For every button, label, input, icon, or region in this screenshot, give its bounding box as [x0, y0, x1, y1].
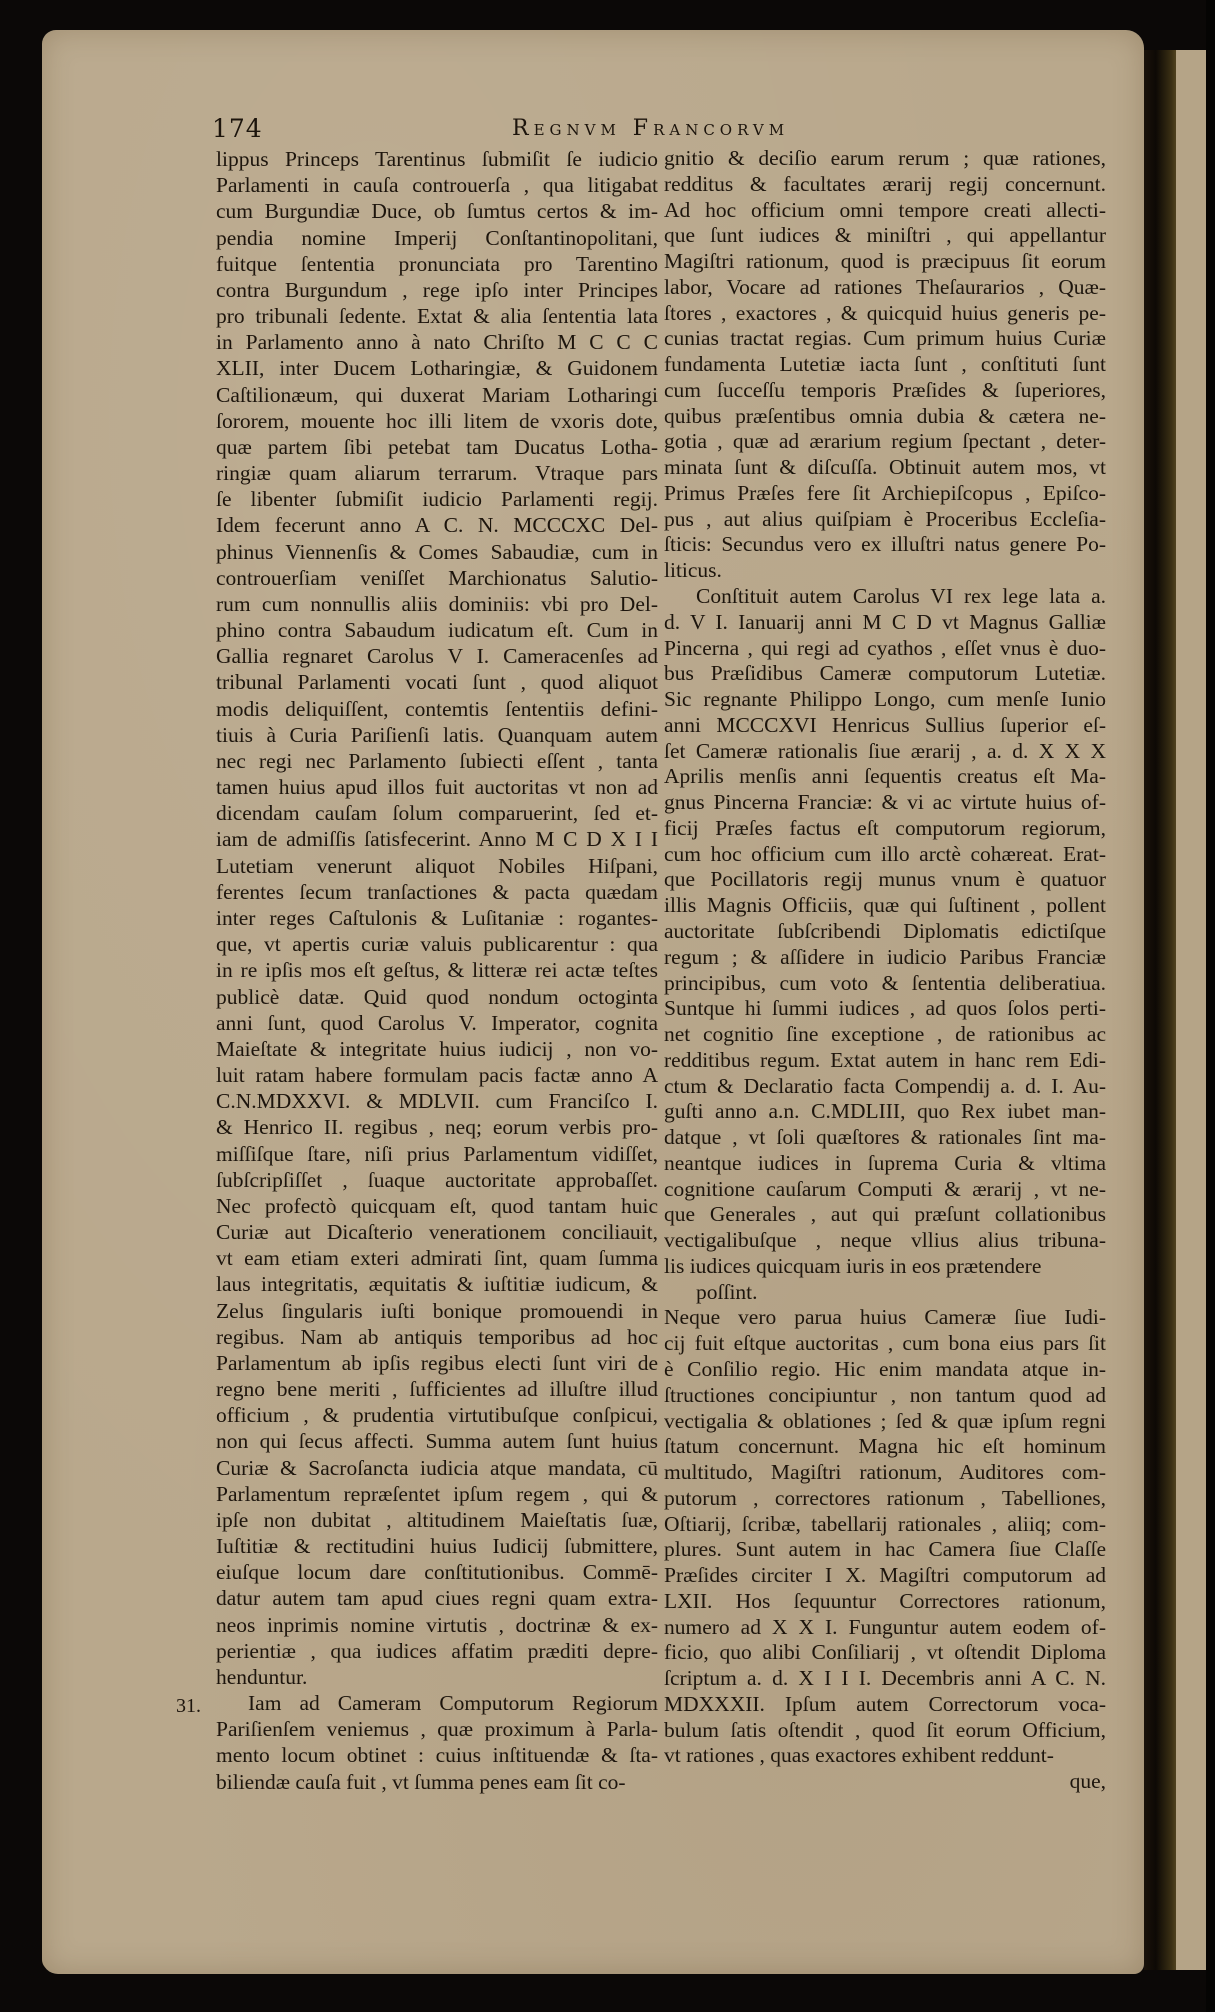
text-line: iam de admiſſis ſatisfecerint. Anno M C … — [216, 826, 658, 852]
text-line: d. V I. Ianuarij anni M C D vt Magnus Ga… — [664, 610, 1106, 636]
text-line: auctoritate ſubſcribendi Diplomatis edic… — [664, 919, 1106, 945]
text-line: Maieſtate & integritate huius iudicij , … — [216, 1036, 658, 1062]
text-line: laus integritatis, æquitatis & iuſtitiæ … — [216, 1271, 658, 1297]
text-line: pus , aut alius quiſpiam è Proceribus Ec… — [664, 507, 1106, 533]
text-line: in Parlamento anno à nato Chriſto M C C … — [216, 329, 658, 355]
text-line: gnus Pincerna Franciæ: & vi ac virtute h… — [664, 790, 1106, 816]
text-line: cognitione cauſarum Computi & ærarij , v… — [664, 1177, 1106, 1203]
text-line: ſtructiones concipiuntur , non tantum qu… — [664, 1383, 1106, 1409]
text-line: miſſiſque ſtare, niſi prius Parlamentum … — [216, 1141, 658, 1167]
text-line: Gallia regnaret Carolus V I. Cameracenſe… — [216, 643, 658, 669]
text-line: modis deliquiſſent, contemtis ſententiis… — [216, 696, 658, 722]
text-line: Iam ad Cameram Computorum Regiorum — [216, 1690, 658, 1716]
text-line: bulum ſatis oſtendit , quod ſit eorum Of… — [664, 1718, 1106, 1744]
text-line: Suntque hi ſummi iudices , ad quos ſolos… — [664, 996, 1106, 1022]
text-line: neos inprimis nomine virtutis , doctrinæ… — [216, 1612, 658, 1638]
text-line: principibus, cum voto & ſententia delibe… — [664, 971, 1106, 997]
text-line: ctum & Declaratio facta Compendij a. d. … — [664, 1074, 1106, 1100]
text-line: Ad hoc officium omni tempore creati alle… — [664, 198, 1106, 224]
text-line: è Conſilio regio. Hic enim mandata atque… — [664, 1357, 1106, 1383]
text-line: phinus Viennenſis & Comes Sabaudiæ, cum … — [216, 539, 658, 565]
book-spread: 174 Regnvm Francorvm lippus Princeps Tar… — [0, 0, 1215, 2012]
text-line: biliendæ cauſa fuit , vt ſumma penes eam… — [216, 1769, 658, 1795]
text-line: C.N.MDXXVI. & MDLVII. cum Franciſco I. — [216, 1088, 658, 1114]
text-line: putorum , correctores rationum , Tabelli… — [664, 1486, 1106, 1512]
text-line: ferentes ſecum tranſactiones & pacta quæ… — [216, 879, 658, 905]
text-line: datque , vt ſoli quæſtores & rationales … — [664, 1125, 1106, 1151]
text-line: que Pocillatoris regij munus vnum è quat… — [664, 867, 1106, 893]
text-line: gnitio & deciſio earum rerum ; quæ ratio… — [664, 146, 1106, 172]
text-line: contra Burgundum , rege ipſo inter Princ… — [216, 277, 658, 303]
text-line: redditibus regum. Extat autem in hanc re… — [664, 1048, 1106, 1074]
text-line: datur autem tam apud ciues regni quam ex… — [216, 1585, 658, 1611]
text-line: gotia , quæ ad ærarium regium ſpectant ,… — [664, 429, 1106, 455]
text-line: in re ipſis mos eſt geſtus, & litteræ re… — [216, 957, 658, 983]
text-line: luit ratam habere formulam pacis factæ a… — [216, 1062, 658, 1088]
catchword: que, — [664, 1769, 1106, 1795]
text-line: pendia nomine Imperij Conſtantinopolitan… — [216, 225, 658, 251]
text-line: ringiæ quam aliarum terrarum. Vtraque pa… — [216, 460, 658, 486]
text-line: lippus Princeps Tarentinus ſubmiſit ſe i… — [216, 146, 658, 172]
text-line: cum hoc officium cum illo arctè cohæreat… — [664, 842, 1106, 868]
text-line: que Generales , aut qui præſunt collatio… — [664, 1202, 1106, 1228]
text-line: vectigalia & oblationes ; ſed & quæ ipſu… — [664, 1409, 1106, 1435]
text-line: non qui ſecus affecti. Summa autem ſunt … — [216, 1428, 658, 1454]
text-line: ſtatum concernunt. Magna hic eſt hominum — [664, 1434, 1106, 1460]
text-line: Curiæ aut Dicaſterio venerationem concil… — [216, 1219, 658, 1245]
text-line: net cognitio ſine exceptione , de ration… — [664, 1022, 1106, 1048]
text-line: cum Burgundiæ Duce, ob ſumtus certos & i… — [216, 198, 658, 224]
text-line: perientiæ , qua iudices affatim præditi … — [216, 1638, 658, 1664]
text-line: Aprilis menſis anni ſequentis creatus eſ… — [664, 764, 1106, 790]
text-line: Primus Præſes fere ſit Archiepiſcopus , … — [664, 481, 1106, 507]
text-line: controuerſiam veniſſet Marchionatus Salu… — [216, 565, 658, 591]
text-line: MDXXXII. Ipſum autem Correctorum voca- — [664, 1692, 1106, 1718]
running-header: 174 Regnvm Francorvm — [212, 112, 1112, 144]
text-column-left: lippus Princeps Tarentinus ſubmiſit ſe i… — [216, 146, 658, 1795]
text-line: Curiæ & Sacroſancta iudicia atque mandat… — [216, 1455, 658, 1481]
text-line: Magiſtri rationum, quod is præcipuus ſit… — [664, 249, 1106, 275]
text-line: regum ; & aſſidere in iudicio Paribus Fr… — [664, 945, 1106, 971]
text-line: quibus præſentibus omnia dubia & cætera … — [664, 404, 1106, 430]
text-line: dicendam cauſam ſolum comparuerint, ſed … — [216, 800, 658, 826]
text-line: vectigalibuſque , neque vllius alius tri… — [664, 1228, 1106, 1254]
text-line: fuitque ſententia pronunciata pro Tarent… — [216, 251, 658, 277]
page-number: 174 — [212, 114, 263, 143]
text-line: tribunal Parlamenti vocati ſunt , quod a… — [216, 669, 658, 695]
text-line: liticus. — [664, 558, 1106, 584]
text-line: que ſunt iudices & miniſtri , qui appell… — [664, 223, 1106, 249]
text-line: anni MCCCXVI Henricus Sullius ſuperior e… — [664, 713, 1106, 739]
text-line: ſcriptum a. d. X I I I. Decembris anni A… — [664, 1666, 1106, 1692]
text-line: poſſint. — [664, 1280, 1106, 1306]
text-line: Parlamentum repræſentet ipſum regem , qu… — [216, 1481, 658, 1507]
text-line: inter reges Caſtulonis & Luſitaniæ : rog… — [216, 905, 658, 931]
text-line: ficij Præſes factus eſt computorum regio… — [664, 816, 1106, 842]
background-edge — [1206, 0, 1215, 2012]
text-line: Caſtilionæum, qui duxerat Mariam Lothari… — [216, 382, 658, 408]
running-title: Regnvm Francorvm — [512, 116, 789, 141]
text-line: mento locum obtinet : cuius inſtituendæ … — [216, 1742, 658, 1768]
text-line: bus Præſidibus Cameræ computorum Lutetiæ… — [664, 661, 1106, 687]
text-line: XLII, inter Ducem Lotharingiæ, & Guidone… — [216, 355, 658, 381]
text-line: phino contra Sabaudum iudicatum eſt. Cum… — [216, 617, 658, 643]
text-line: ſororem, mouente hoc illi litem de vxori… — [216, 408, 658, 434]
section-number: 31. — [176, 1690, 201, 1723]
text-line: minata ſunt & diſcuſſa. Obtinuit autem m… — [664, 455, 1106, 481]
text-line: fundamenta Lutetiæ iacta ſunt , conſtitu… — [664, 352, 1106, 378]
text-line: illis Magnis Officiis, quæ qui ſuſtinent… — [664, 893, 1106, 919]
text-line: Sic regnante Philippo Longo, cum menſe I… — [664, 687, 1106, 713]
text-line: henduntur. — [216, 1664, 658, 1690]
text-line: numero ad X X I. Funguntur autem eodem o… — [664, 1615, 1106, 1641]
text-line: anni ſunt, quod Carolus V. Imperator, co… — [216, 1010, 658, 1036]
text-line: cij fuit eſtque auctoritas , cum bona ei… — [664, 1331, 1106, 1357]
text-line: regibus. Nam ab antiquis temporibus ad h… — [216, 1324, 658, 1350]
text-line: guſti anno a.n. C.MDLIII, quo Rex iubet … — [664, 1099, 1106, 1125]
text-line: que, vt apertis curiæ valuis publicarent… — [216, 931, 658, 957]
text-line: ſticis: Secundus vero ex illuſtri natus … — [664, 532, 1106, 558]
text-line: Conſtituit autem Carolus VI rex lege lat… — [664, 584, 1106, 610]
text-line: regno bene meriti , ſufficientes ad illu… — [216, 1376, 658, 1402]
text-line: cum ſucceſſu temporis Præſides & ſuperio… — [664, 378, 1106, 404]
text-column-right: gnitio & deciſio earum rerum ; quæ ratio… — [664, 146, 1106, 1795]
text-line: quæ partem ſibi petebat tam Ducatus Loth… — [216, 434, 658, 460]
adjacent-page-sliver — [1176, 50, 1206, 1970]
text-line: Pincerna , qui regi ad cyathos , eſſet v… — [664, 636, 1106, 662]
text-line: plures. Sunt autem in hac Camera ſiue Cl… — [664, 1537, 1106, 1563]
text-line: labor, Vocare ad rationes Theſaurarios ,… — [664, 275, 1106, 301]
text-line: Nec profectò quicquam eſt, quod tantam h… — [216, 1193, 658, 1219]
text-line: Parlamenti in cauſa controuerſa , qua li… — [216, 172, 658, 198]
text-line: nec regi nec Parlamento ſubiecti eſſent … — [216, 748, 658, 774]
text-line: Neque vero parua huius Cameræ ſiue Iudi- — [664, 1305, 1106, 1331]
text-line: ſe libenter ſubmiſit iudicio Parlamenti … — [216, 486, 658, 512]
text-line: redditus & facultates ærarij regij conce… — [664, 172, 1106, 198]
text-line: lis iudices quicquam iuris in eos præten… — [664, 1254, 1106, 1280]
text-line: ſet Cameræ rationalis ſiue ærarij , a. d… — [664, 739, 1106, 765]
text-line: ficio, quo alibi Conſiliarij , vt oſtend… — [664, 1640, 1106, 1666]
text-line: ſtores , exactores , & quicquid huius ge… — [664, 301, 1106, 327]
text-line: Oſtiarij, ſcribæ, tabellarij rationales … — [664, 1512, 1106, 1538]
text-line: Zelus ſingularis iuſti bonique promouend… — [216, 1298, 658, 1324]
text-line: ipſe non dubitat , altitudinem Maieſtati… — [216, 1507, 658, 1533]
text-line: tamen huius apud illos fuit auctoritas v… — [216, 774, 658, 800]
text-line: rum cum nonnullis aliis dominiis: vbi pr… — [216, 591, 658, 617]
text-line: neantque iudices in ſuprema Curia & vlti… — [664, 1151, 1106, 1177]
text-line: multitudo, Magiſtri rationum, Auditores … — [664, 1460, 1106, 1486]
text-line: Lutetiam venerunt aliquot Nobiles Hiſpan… — [216, 853, 658, 879]
text-line: officium , & prudentia virtutibuſque con… — [216, 1402, 658, 1428]
text-line: vt rationes , quas exactores exhibent re… — [664, 1743, 1106, 1769]
text-line: Pariſienſem veniemus , quæ proximum à Pa… — [216, 1716, 658, 1742]
text-line: publicè datæ. Quid quod nondum octoginta — [216, 984, 658, 1010]
text-line: cunias tractat regias. Cum primum huius … — [664, 326, 1106, 352]
text-line: eiuſque locum dare conſtitutionibus. Com… — [216, 1559, 658, 1585]
text-line: Parlamentum ab ipſis regibus electi ſunt… — [216, 1350, 658, 1376]
text-line: Idem fecerunt anno A C. N. MCCCXC Del- — [216, 512, 658, 538]
text-line: Præſides circiter I X. Magiſtri computor… — [664, 1563, 1106, 1589]
text-line: tiuis à Curia Pariſienſi latis. Quanquam… — [216, 722, 658, 748]
text-line: pro tribunali ſedente. Extat & alia ſent… — [216, 303, 658, 329]
text-line: ſubſcripſiſſet , ſuaque auctoritate appr… — [216, 1167, 658, 1193]
gutter-shadow — [1144, 50, 1178, 1970]
text-line: & Henrico II. regibus , neq; eorum verbi… — [216, 1114, 658, 1140]
text-line: LXII. Hos ſequuntur Correctores rationum… — [664, 1589, 1106, 1615]
text-line: vt eam etiam exteri admirati ſint, quam … — [216, 1245, 658, 1271]
text-line: Iuſtitiæ & rectitudini huius Iudicij ſub… — [216, 1533, 658, 1559]
